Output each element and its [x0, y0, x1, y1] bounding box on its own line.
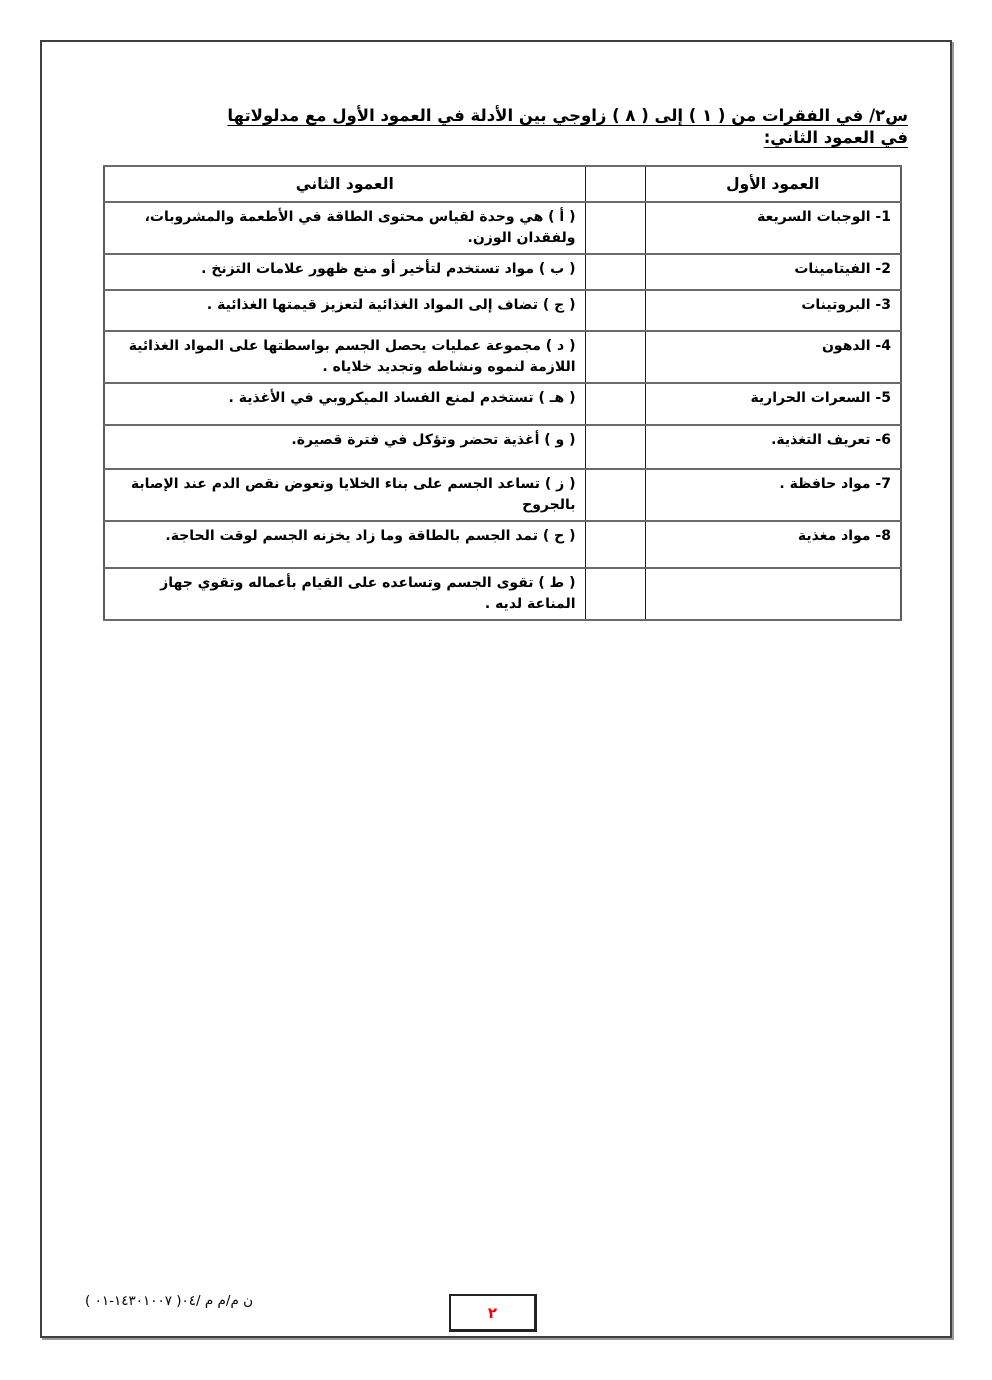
cell-answer-blank — [585, 521, 645, 568]
table-row: 5- السعرات الحرارية( هـ ) تستخدم لمنع ال… — [104, 383, 901, 425]
table-row: 3- البروتينات( ج ) تضاف إلى المواد الغذا… — [104, 290, 901, 331]
column-header-first: العمود الأول — [645, 166, 901, 202]
question-header: س٢/ في الفقرات من ( ١ ) إلى ( ٨ ) زاوجي … — [208, 105, 908, 150]
document-page: س٢/ في الفقرات من ( ١ ) إلى ( ٨ ) زاوجي … — [0, 0, 992, 1380]
cell-answer-blank — [585, 254, 645, 290]
cell-answer-blank — [585, 425, 645, 469]
cell-second-column: ( ج ) تضاف إلى المواد الغذائية لتعزيز قي… — [104, 290, 585, 331]
column-header-second: العمود الثاني — [104, 166, 585, 202]
table-row: 7- مواد حافظة .( ز ) تساعد الجسم على بنا… — [104, 469, 901, 521]
cell-second-column: ( ب ) مواد تستخدم لتأخير أو منع ظهور علا… — [104, 254, 585, 290]
table-row: 2- الفيتامينات( ب ) مواد تستخدم لتأخير أ… — [104, 254, 901, 290]
cell-second-column: ( و ) أغذية تحضر وتؤكل في فترة قصيرة. — [104, 425, 585, 469]
cell-second-column: ( أ ) هي وحدة لقياس محتوى الطاقة في الأط… — [104, 202, 585, 254]
cell-first-column: 6- تعريف التغذية. — [645, 425, 901, 469]
cell-first-column: 5- السعرات الحرارية — [645, 383, 901, 425]
table-row: 4- الدهون( د ) مجموعة عمليات يحصل الجسم … — [104, 331, 901, 383]
cell-second-column: ( هـ ) تستخدم لمنع الفساد الميكروبي في ا… — [104, 383, 585, 425]
cell-second-column: ( ز ) تساعد الجسم على بناء الخلايا وتعوض… — [104, 469, 585, 521]
cell-answer-blank — [585, 568, 645, 620]
cell-first-column: 7- مواد حافظة . — [645, 469, 901, 521]
cell-first-column: 3- البروتينات — [645, 290, 901, 331]
table-row: 8- مواد مغذية( ح ) تمد الجسم بالطاقة وما… — [104, 521, 901, 568]
cell-first-column — [645, 568, 901, 620]
matching-table-body: 1- الوجبات السريعة( أ ) هي وحدة لقياس مح… — [104, 202, 901, 620]
column-header-answer — [585, 166, 645, 202]
table-header-row: العمود الأول العمود الثاني — [104, 166, 901, 202]
cell-answer-blank — [585, 202, 645, 254]
cell-answer-blank — [585, 469, 645, 521]
cell-first-column: 2- الفيتامينات — [645, 254, 901, 290]
page-number: ٢ — [488, 1304, 497, 1322]
footer-reference: ن م/م م /٠٤( ١٤٣٠١٠٠٧-٠١ ) — [85, 1293, 253, 1309]
table-row: ( ط ) تقوى الجسم وتساعده على القيام بأعم… — [104, 568, 901, 620]
table-row: 6- تعريف التغذية.( و ) أغذية تحضر وتؤكل … — [104, 425, 901, 469]
cell-answer-blank — [585, 331, 645, 383]
cell-second-column: ( ح ) تمد الجسم بالطاقة وما زاد يخزنه ال… — [104, 521, 585, 568]
cell-first-column: 1- الوجبات السريعة — [645, 202, 901, 254]
matching-table: العمود الأول العمود الثاني 1- الوجبات ال… — [103, 165, 902, 621]
page-number-box: ٢ — [449, 1294, 537, 1332]
table-row: 1- الوجبات السريعة( أ ) هي وحدة لقياس مح… — [104, 202, 901, 254]
cell-first-column: 8- مواد مغذية — [645, 521, 901, 568]
cell-second-column: ( د ) مجموعة عمليات يحصل الجسم بواسطتها … — [104, 331, 585, 383]
cell-second-column: ( ط ) تقوى الجسم وتساعده على القيام بأعم… — [104, 568, 585, 620]
cell-answer-blank — [585, 290, 645, 331]
cell-first-column: 4- الدهون — [645, 331, 901, 383]
cell-answer-blank — [585, 383, 645, 425]
